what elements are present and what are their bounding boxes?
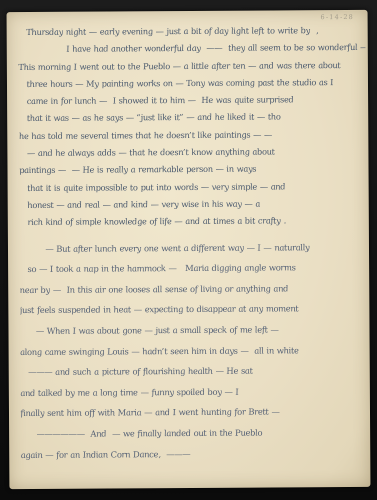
handwritten-line: just feels suspended in heat — expecting… [18,298,368,321]
handwritten-line: and talked by me a long time — funny spo… [19,381,369,404]
handwritten-line: near by — In this air one looses all sen… [18,278,368,301]
handwritten-line: finally sent him off with Maria — and I … [19,401,369,424]
letter-paragraph-2: — But after lunch every one went a diffe… [21,236,369,465]
handwritten-line: that it is quite impossible to put into … [18,178,368,197]
pencil-date-note: 6-14-28 [319,13,354,21]
handwritten-line: — But after lunch every one went a diffe… [18,236,368,259]
handwritten-line: —————— And — we finally landed out in th… [19,422,369,445]
handwritten-line: he has told me several times that he doe… [18,126,368,145]
handwritten-line: so — I took a nap in the hammock — Maria… [18,257,368,280]
letter-paper: 6-14-28 Thursday night — early evening —… [7,10,371,489]
letter-paragraph-1: Thursday night — early evening — just a … [20,22,368,232]
handwritten-line: This morning I went out to the Pueblo — … [17,57,367,76]
photograph-background: 6-14-28 Thursday night — early evening —… [0,0,377,500]
handwritten-letter-text: Thursday night — early evening — just a … [20,22,370,465]
handwritten-line: rich kind of simple knowledge of life — … [18,212,368,231]
handwritten-line: — When I was about gone — just a small s… [18,319,368,342]
handwritten-line: along came swinging Louis — hadn’t seen … [18,339,368,362]
handwritten-line: ——— and such a picture of flourishing he… [18,360,368,383]
handwritten-line: that it was — as he says — “just like it… [17,108,367,127]
handwritten-line: paintings — — He is really a remarkable … [18,160,368,179]
handwritten-line: again — for an Indian Corn Dance, ——— [19,442,369,465]
handwritten-line: I have had another wonderful day —— they… [17,39,367,58]
